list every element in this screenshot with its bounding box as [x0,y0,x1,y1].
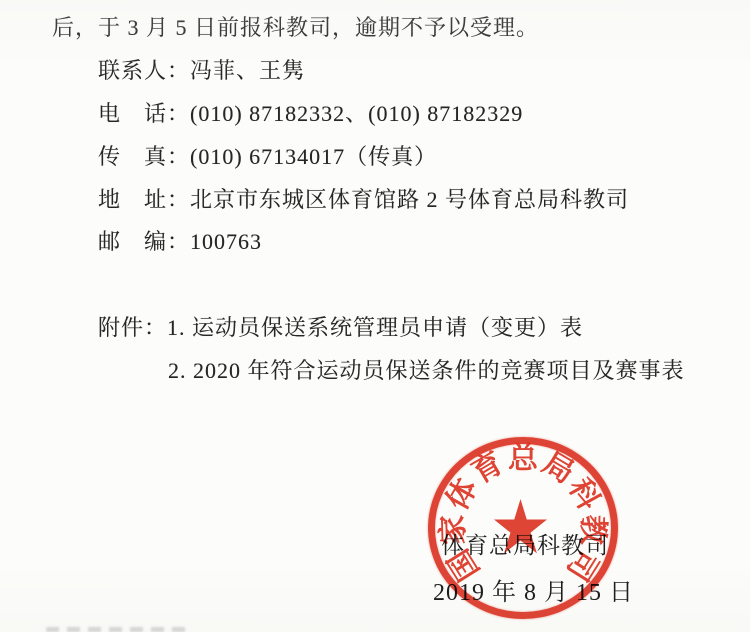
attachment-item-1: 附件：1. 运动员保送系统管理员申请（变更）表 [98,313,583,343]
issue-date: 2019 年 8 月 15 日 [433,572,634,607]
address-line: 地 址：北京市东城区体育馆路 2 号体育总局科教司 [98,185,629,215]
seal-arc-char: 局 [536,439,584,492]
phone-line: 电 话：(010) 87182332、(010) 87182329 [98,99,523,129]
seal-arc-char: 总 [508,433,538,477]
postal-code-line: 邮 编：100763 [98,227,262,257]
issuing-department-signature: 体育总局科教司 [441,527,609,560]
attachment-item-2: 2. 2020 年符合运动员保送条件的竞赛项目及赛事表 [168,356,685,386]
seal-arc-char: 育 [462,439,510,492]
contact-person-line: 联系人：冯菲、王隽 [98,56,305,86]
closing-sentence-line: 后，于 3 月 5 日前报科教司，逾期不予以受理。 [52,13,539,43]
seal-arc-char: 体 [433,469,486,517]
seal-arc-char: 科 [560,469,613,517]
fax-line: 传 真：(010) 67134017（传真） [98,142,437,172]
scanned-document-page: 后，于 3 月 5 日前报科教司，逾期不予以受理。 联系人：冯菲、王隽 电 话：… [0,0,750,632]
page-edge-bleed-artifact [46,627,191,632]
